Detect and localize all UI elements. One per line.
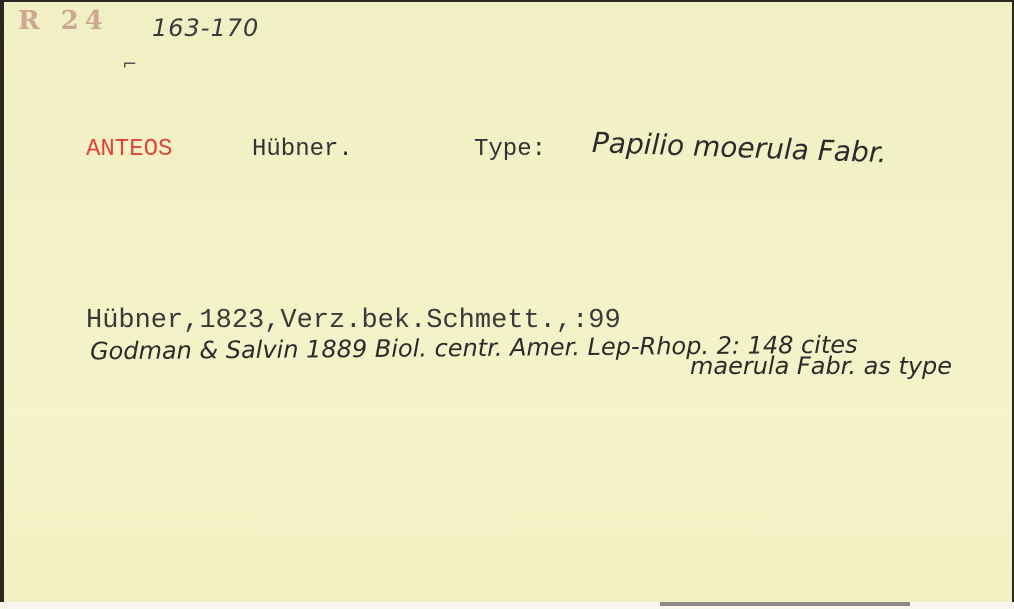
scan-artifact (660, 602, 910, 606)
catalog-number: 163-170 (152, 14, 259, 42)
pencil-mark: ⌐ (122, 54, 137, 75)
type-species: Papilio moerula Fabr. (591, 126, 887, 169)
scan-bottom-edge (0, 602, 1014, 609)
drawer-stamp: R 24 (18, 6, 109, 36)
genus-name: ANTEOS (86, 136, 172, 163)
genus-author: Hübner. (252, 136, 353, 163)
type-label: Type: (474, 136, 546, 163)
reference-handwritten-line2: maerula Fabr. as type (690, 352, 952, 380)
index-card: R 24 163-170 ⌐ ANTEOS Hübner. Type: Papi… (4, 2, 1012, 602)
reference-typed: Hübner,1823,Verz.bek.Schmett.,:99 (86, 306, 621, 336)
